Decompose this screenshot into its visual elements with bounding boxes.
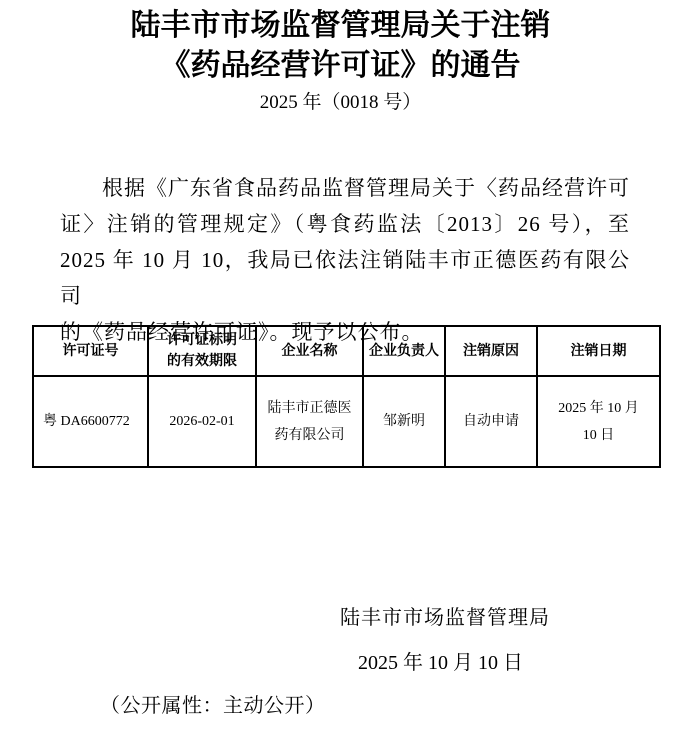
disclosure-attribute-note: （公开属性：主动公开） (100, 689, 326, 718)
body-line-1: 根据《广东省食品药品监督管理局关于〈药品经营许可 (60, 170, 630, 206)
body-line-3: 2025 年 10 月 10，我局已依法注销陆丰市正德医药有限公司 (60, 242, 630, 314)
table-row: 粤 DA6600772 2026-02-01 陆丰市正德医药有限公司 邹新明 自… (33, 376, 660, 467)
cell-company: 陆丰市正德医药有限公司 (256, 376, 363, 467)
header-validity: 许可证标明的有效期限 (148, 326, 256, 376)
body-line-2: 证〉注销的管理规定》（粤食药监法〔2013〕26 号），至 (60, 206, 630, 242)
notice-body-paragraph: 根据《广东省食品药品监督管理局关于〈药品经营许可 证〉注销的管理规定》（粤食药监… (60, 170, 630, 350)
document-title-line1: 陆丰市市场监督管理局关于注销 (0, 6, 681, 46)
header-company: 企业名称 (256, 326, 363, 376)
signature-agency: 陆丰市市场监督管理局 (340, 601, 550, 630)
notice-document-page: 陆丰市市场监督管理局关于注销 《药品经营许可证》的通告 2025 年（0018 … (0, 0, 681, 740)
license-cancellation-table: 许可证号 许可证标明的有效期限 企业名称 企业负责人 注销原因 注销日期 粤 D… (32, 325, 661, 468)
table-header-row: 许可证号 许可证标明的有效期限 企业名称 企业负责人 注销原因 注销日期 (33, 326, 660, 376)
cell-validity: 2026-02-01 (148, 376, 256, 467)
signature-date: 2025 年 10 月 10 日 (358, 646, 523, 675)
header-license-no: 许可证号 (33, 326, 148, 376)
document-title-line2: 《药品经营许可证》的通告 (0, 46, 681, 86)
document-number: 2025 年（0018 号） (0, 90, 681, 116)
header-date: 注销日期 (537, 326, 660, 376)
header-reason: 注销原因 (445, 326, 537, 376)
cell-date: 2025 年 10 月 10 日 (537, 376, 660, 467)
header-person: 企业负责人 (363, 326, 445, 376)
cell-reason: 自动申请 (445, 376, 537, 467)
document-title: 陆丰市市场监督管理局关于注销 《药品经营许可证》的通告 (0, 6, 681, 86)
cell-person: 邹新明 (363, 376, 445, 467)
cell-license-no: 粤 DA6600772 (33, 376, 148, 467)
